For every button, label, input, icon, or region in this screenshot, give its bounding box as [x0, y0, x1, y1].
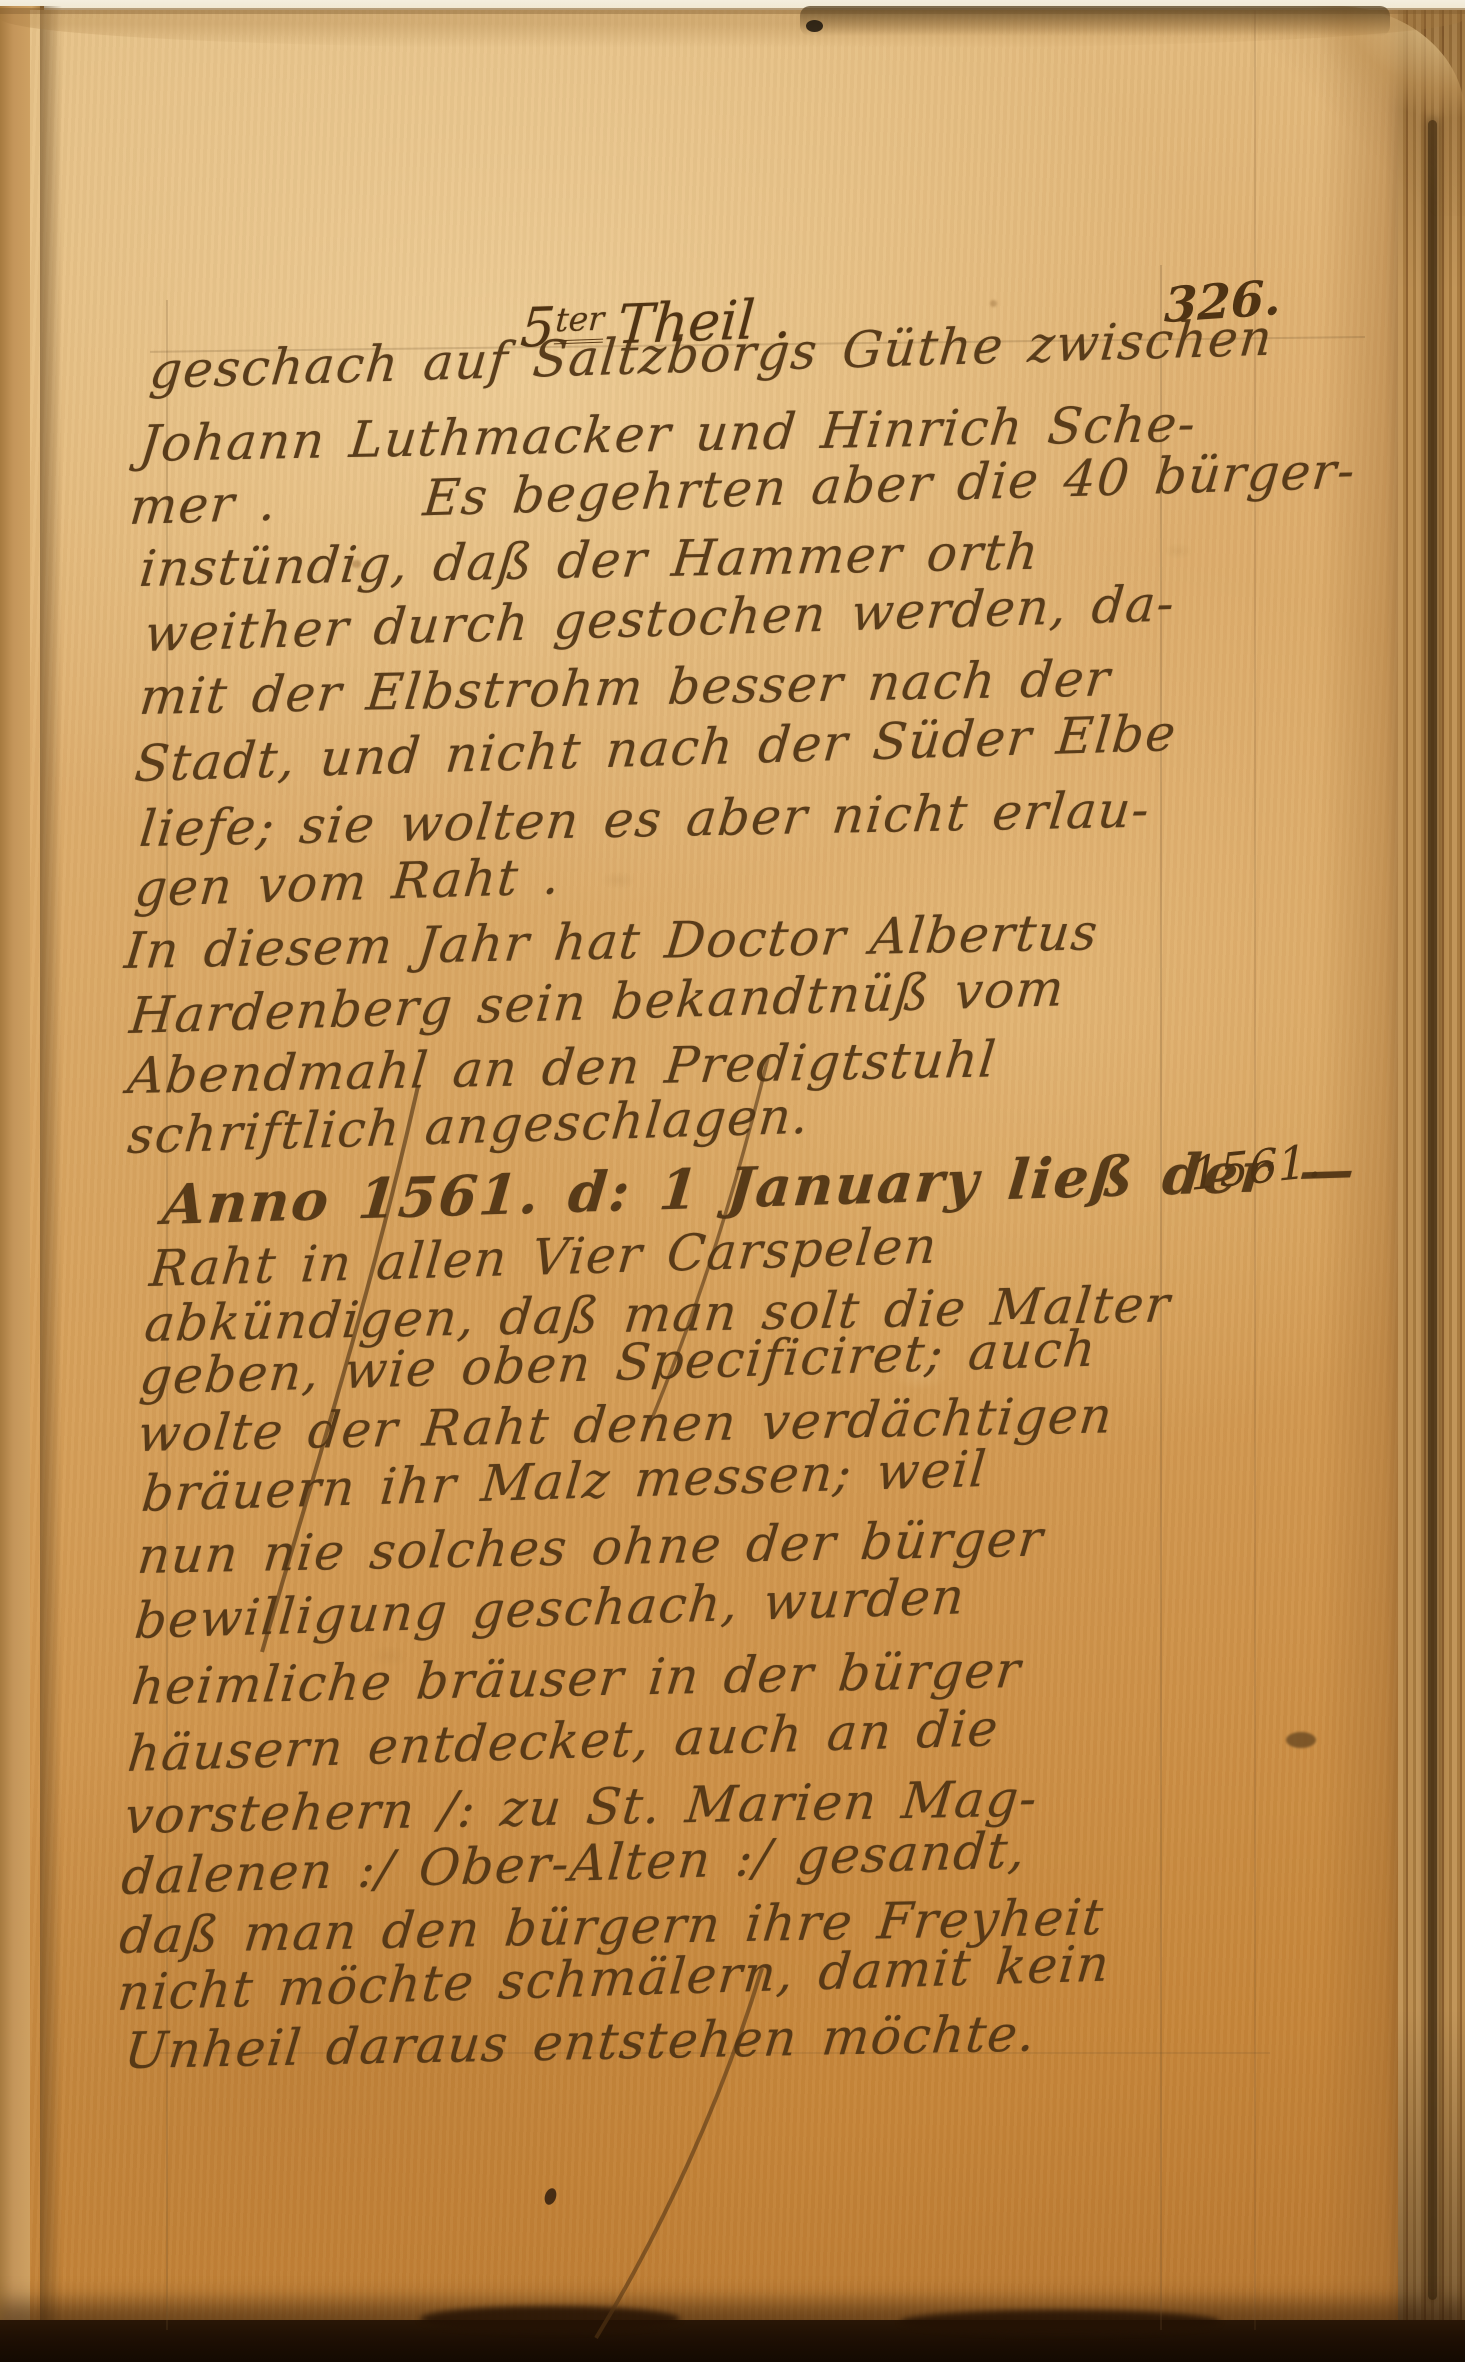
bottom-shadow-blob [420, 2306, 680, 2332]
edge-speck [806, 20, 823, 32]
bottom-shadow-blob [900, 2310, 1220, 2334]
foxing-spot [990, 300, 997, 307]
manuscript-photo: 5terTheil. 326. 1561. geschach auf Saltz… [0, 0, 1465, 2362]
gutter-shadow [40, 6, 66, 2362]
edge-stain [1286, 1732, 1316, 1748]
fore-edge-crease [1428, 120, 1437, 2300]
top-edge-soiling [800, 6, 1390, 36]
bottom-shadow-band [0, 2320, 1465, 2362]
